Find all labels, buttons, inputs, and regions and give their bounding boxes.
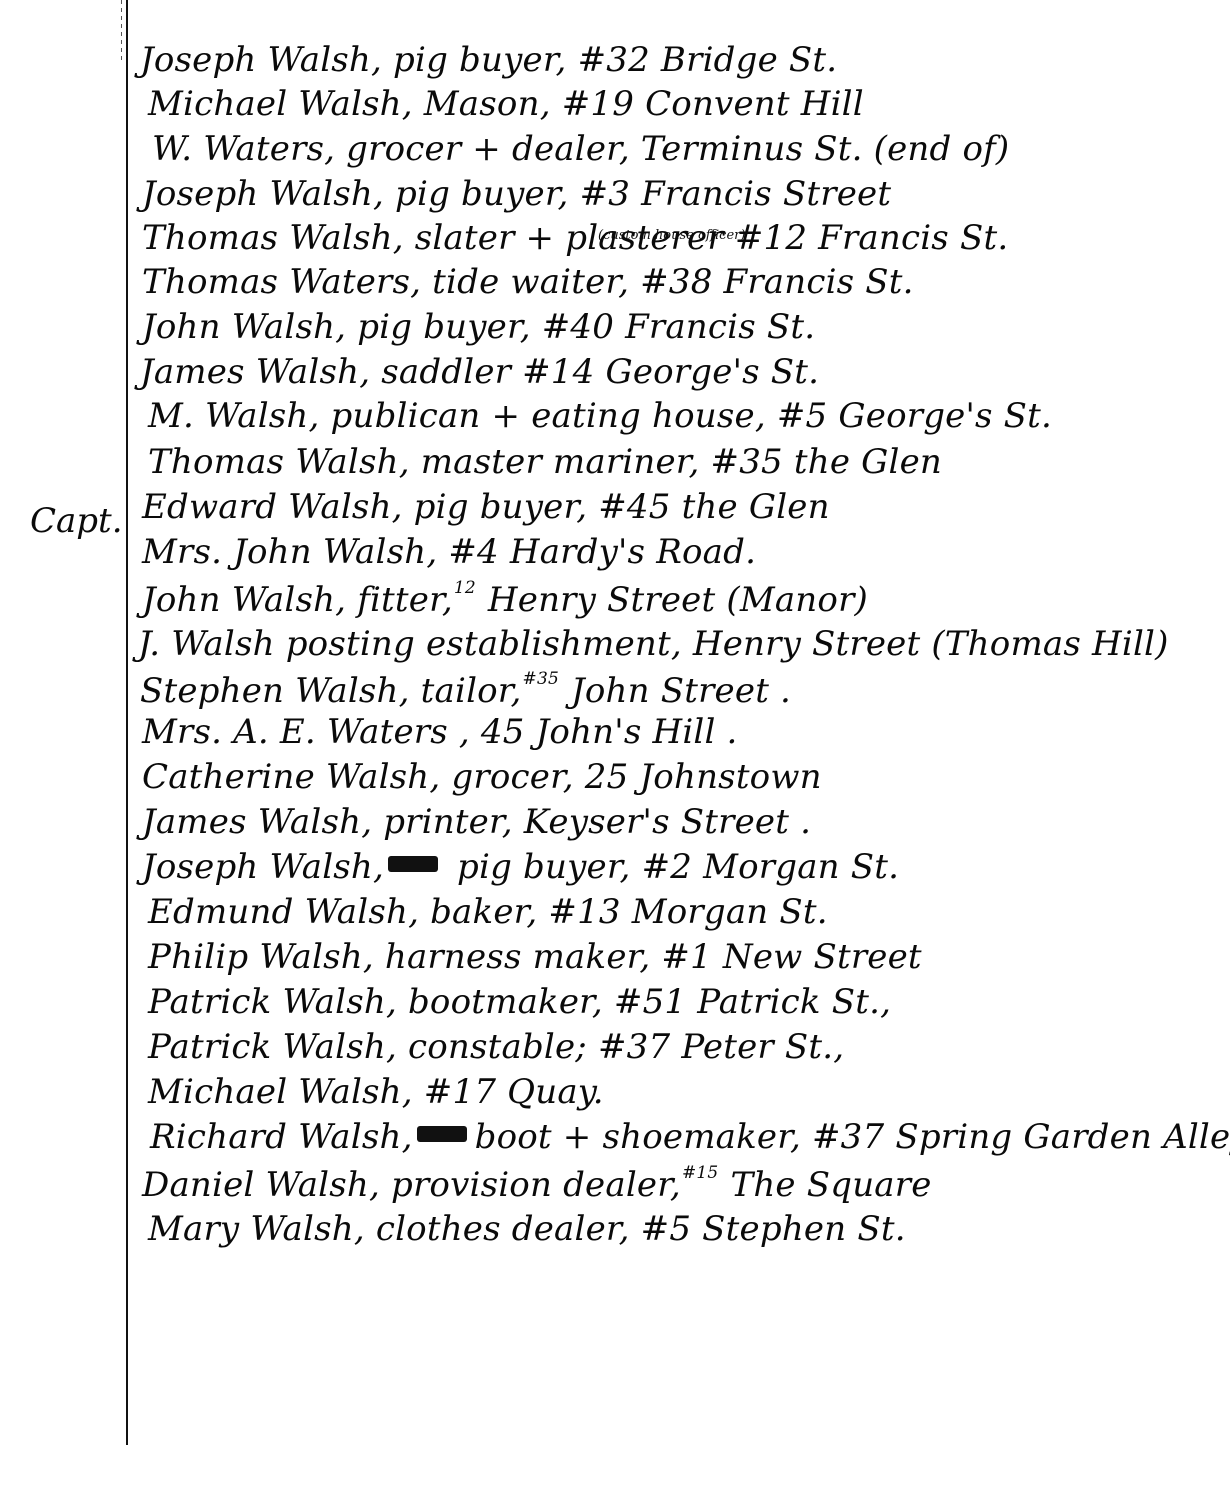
list-item: Richard Walsh,boot + shoemaker, #37 Spri… [150, 1120, 1230, 1154]
list-item: Joseph Walsh, pig buyer, #32 Bridge St. [140, 43, 837, 77]
entry-text: Thomas Walsh, slater + plasterer #12 Fra… [142, 218, 1008, 258]
superscript-number: 12 [454, 578, 476, 598]
entry-text: Michael Walsh, Mason, #19 Convent Hill [148, 84, 864, 124]
list-item: Joseph Walsh, pig buyer, #2 Morgan St. [142, 850, 899, 884]
entry-text: The Square [719, 1165, 931, 1205]
entry-text: Edward Walsh, pig buyer, #45 the Glen [142, 487, 830, 527]
struck-out-text [388, 856, 438, 872]
list-item: Mary Walsh, clothes dealer, #5 Stephen S… [148, 1212, 906, 1246]
superscript-number: #35 [523, 669, 559, 689]
entry-list: Joseph Walsh, pig buyer, #32 Bridge St.M… [0, 0, 1230, 1500]
entry-text: Catherine Walsh, grocer, 25 Johnstown [142, 757, 822, 797]
list-item: Edward Walsh, pig buyer, #45 the Glen [142, 490, 830, 524]
entry-text: W. Waters, grocer + dealer, Terminus St.… [152, 129, 1009, 169]
list-item: James Walsh, saddler #14 George's St. [140, 355, 819, 389]
entry-text: M. Walsh, publican + eating house, #5 Ge… [148, 396, 1052, 436]
entry-text: Thomas Walsh, master mariner, #35 the Gl… [148, 442, 942, 482]
entry-text: Edmund Walsh, baker, #13 Morgan St. [148, 892, 828, 932]
entry-text: Patrick Walsh, constable; #37 Peter St., [148, 1027, 844, 1067]
entry-text: John Walsh, fitter, [142, 580, 453, 620]
entry-text: Richard Walsh, [150, 1117, 413, 1157]
entry-text: J. Walsh posting establishment, Henry St… [138, 624, 1169, 664]
entry-text: Philip Walsh, harness maker, #1 New Stre… [148, 937, 922, 977]
entry-text: John Walsh, pig buyer, #40 Francis St. [142, 307, 815, 347]
list-item: Daniel Walsh, provision dealer,#15 The S… [142, 1165, 932, 1202]
list-item: J. Walsh posting establishment, Henry St… [138, 627, 1169, 661]
list-item: Michael Walsh, #17 Quay. [148, 1075, 604, 1109]
entry-text: Patrick Walsh, bootmaker, #51 Patrick St… [148, 982, 891, 1022]
list-item: Philip Walsh, harness maker, #1 New Stre… [148, 940, 922, 974]
list-item: Joseph Walsh, pig buyer, #3 Francis Stre… [142, 177, 891, 211]
entry-text: Mrs. A. E. Waters , 45 John's Hill . [142, 712, 738, 752]
entry-text: James Walsh, saddler #14 George's St. [140, 352, 819, 392]
list-item: Patrick Walsh, bootmaker, #51 Patrick St… [148, 985, 891, 1019]
scanned-document-page: Capt. (custom house officer) Joseph Wals… [0, 0, 1230, 1500]
list-item: Mrs. John Walsh, #4 Hardy's Road. [142, 535, 756, 569]
entry-text: James Walsh, printer, Keyser's Street . [142, 802, 811, 842]
entry-text: pig buyer, #2 Morgan St. [446, 847, 899, 887]
list-item: W. Waters, grocer + dealer, Terminus St.… [152, 132, 1009, 166]
entry-text: Daniel Walsh, provision dealer, [142, 1165, 681, 1205]
entry-text: Michael Walsh, #17 Quay. [148, 1072, 604, 1112]
entry-text: Mrs. John Walsh, #4 Hardy's Road. [142, 532, 756, 572]
list-item: Thomas Waters, tide waiter, #38 Francis … [142, 265, 914, 299]
list-item: M. Walsh, publican + eating house, #5 Ge… [148, 399, 1052, 433]
list-item: Catherine Walsh, grocer, 25 Johnstown [142, 760, 822, 794]
list-item: James Walsh, printer, Keyser's Street . [142, 805, 811, 839]
entry-text: John Street . [560, 671, 791, 711]
list-item: Edmund Walsh, baker, #13 Morgan St. [148, 895, 828, 929]
list-item: Mrs. A. E. Waters , 45 John's Hill . [142, 715, 738, 749]
list-item: Thomas Walsh, master mariner, #35 the Gl… [148, 445, 942, 479]
entry-text: Joseph Walsh, pig buyer, #3 Francis Stre… [142, 174, 891, 214]
entry-text: Henry Street (Manor) [477, 580, 868, 620]
struck-out-text [417, 1126, 467, 1142]
list-item: John Walsh, fitter,12 Henry Street (Mano… [142, 580, 868, 617]
list-item: Thomas Walsh, slater + plasterer #12 Fra… [142, 221, 1008, 255]
list-item: Stephen Walsh, tailor,#35 John Street . [140, 671, 791, 708]
list-item: John Walsh, pig buyer, #40 Francis St. [142, 310, 815, 344]
entry-text: boot + shoemaker, #37 Spring Garden Alle… [475, 1117, 1230, 1157]
entry-text: Mary Walsh, clothes dealer, #5 Stephen S… [148, 1209, 906, 1249]
list-item: Michael Walsh, Mason, #19 Convent Hill [148, 87, 864, 121]
entry-text: Joseph Walsh, pig buyer, #32 Bridge St. [140, 40, 837, 80]
superscript-number: #15 [682, 1163, 718, 1183]
entry-text: Thomas Waters, tide waiter, #38 Francis … [142, 262, 914, 302]
list-item: Patrick Walsh, constable; #37 Peter St., [148, 1030, 844, 1064]
entry-text: Stephen Walsh, tailor, [140, 671, 522, 711]
entry-text: Joseph Walsh, [142, 847, 384, 887]
